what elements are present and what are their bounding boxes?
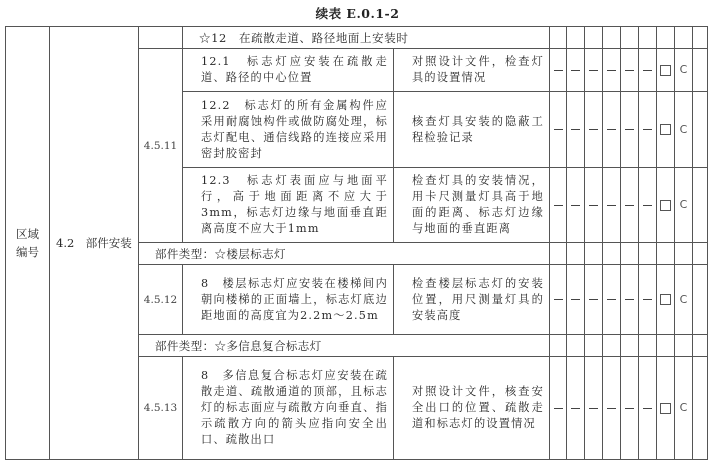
dash-mark (643, 408, 652, 409)
checkbox[interactable] (660, 200, 671, 211)
dash-mark (589, 299, 598, 300)
dash-mark (554, 205, 563, 206)
zone-label: 区域编号 (16, 227, 39, 259)
dash-mark (625, 205, 634, 206)
dash-mark (571, 70, 580, 71)
grade-label: C (680, 63, 688, 76)
requirement-cell: 12.1 标志灯应安装在疏散走道、路径的中心位置 (183, 49, 394, 92)
dash-mark (554, 129, 563, 130)
dash-mark (589, 205, 598, 206)
item-cell: 4.2 部件安装 (50, 27, 139, 460)
clause-blank (139, 27, 183, 49)
requirement-cell: 8 楼层标志灯应安装在楼梯间内朝向楼梯的正面墙上，标志灯底边距地面的高度宜为2.… (183, 265, 394, 335)
dash-mark (607, 70, 616, 71)
checkbox[interactable] (660, 124, 671, 135)
dash-mark (589, 70, 598, 71)
inspection-table: 区域编号 4.2 部件安装 ☆12 在疏散走道、路径地面上安装时 4.5.11 … (5, 26, 708, 460)
clause-4511: 4.5.11 (139, 49, 183, 243)
requirement-cell: 12.2 标志灯的所有金属构件应采用耐腐蚀构件或做防腐处理，标志灯配电、通信线路… (183, 92, 394, 168)
checkbox[interactable] (660, 403, 671, 414)
grade-label: C (680, 198, 688, 211)
method-cell: 核查灯具安装的隐蔽工程检验记录 (394, 92, 550, 168)
requirement-cell: 8 多信息复合标志灯应安装在疏散走道、疏散通道的顶部，且标志灯的标志面应与疏散方… (183, 357, 394, 460)
dash-mark (571, 408, 580, 409)
zone-cell: 区域编号 (6, 27, 50, 460)
dash-mark (625, 408, 634, 409)
clause-4512: 4.5.12 (139, 265, 183, 335)
dash-mark (643, 70, 652, 71)
dash-mark (571, 129, 580, 130)
method-cell: 检查楼层标志灯的安装位置，用尺测量灯具的安装高度 (394, 265, 550, 335)
section-header: ☆12 在疏散走道、路径地面上安装时 (183, 27, 550, 49)
dash-mark (607, 129, 616, 130)
dash-mark (625, 70, 634, 71)
checkbox[interactable] (660, 294, 671, 305)
dash-mark (607, 408, 616, 409)
dash-mark (554, 408, 563, 409)
dash-mark (554, 299, 563, 300)
grade-label: C (680, 293, 688, 306)
dash-mark (589, 129, 598, 130)
grade-label: C (680, 401, 688, 414)
clause-4513: 4.5.13 (139, 357, 183, 460)
component-type-floor-sign: 部件类型：☆楼层标志灯 (139, 243, 550, 265)
dash-mark (571, 205, 580, 206)
grade-label: C (680, 123, 688, 136)
dash-mark (607, 205, 616, 206)
dash-mark (643, 205, 652, 206)
method-cell: 对照设计文件，检查灯具的设置情况 (394, 49, 550, 92)
dash-mark (589, 408, 598, 409)
checkbox[interactable] (660, 65, 671, 76)
dash-mark (625, 299, 634, 300)
dash-mark (643, 299, 652, 300)
method-cell: 对照设计文件，核查安全出口的位置、疏散走道和标志灯的设置情况 (394, 357, 550, 460)
dash-mark (607, 299, 616, 300)
dash-mark (643, 129, 652, 130)
table-title: 续表 E.0.1-2 (0, 4, 715, 22)
dash-mark (625, 129, 634, 130)
dash-mark (571, 299, 580, 300)
requirement-cell: 12.3 标志灯表面应与地面平行，高于地面距离不应大于3mm，标志灯边缘与地面垂… (183, 168, 394, 243)
component-type-multi-info-sign: 部件类型：☆多信息复合标志灯 (139, 335, 550, 357)
dash-mark (554, 70, 563, 71)
section-header-row: 区域编号 4.2 部件安装 ☆12 在疏散走道、路径地面上安装时 (6, 27, 708, 49)
method-cell: 检查灯具的安装情况，用卡尺测量灯具高于地面的距离、标志灯边缘与地面的垂直距离 (394, 168, 550, 243)
